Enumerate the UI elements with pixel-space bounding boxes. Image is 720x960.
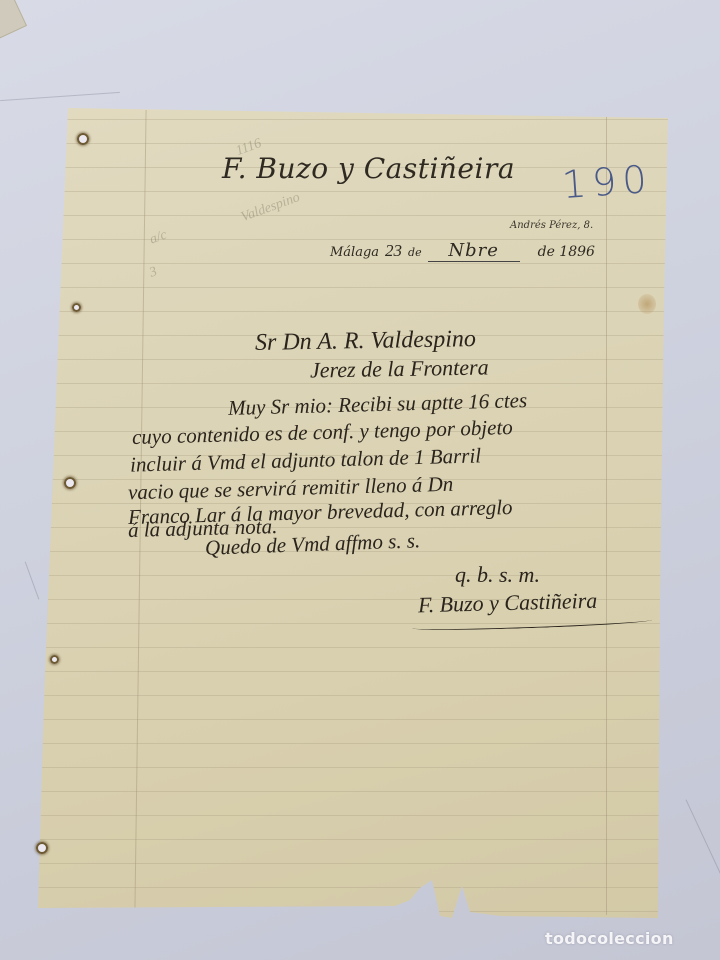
date-place: Málaga xyxy=(330,245,379,260)
addressee-location: Jerez de la Frontera xyxy=(310,354,489,383)
foxing-stain xyxy=(638,294,656,314)
watermark: todocoleccion xyxy=(545,929,674,948)
punch-hole xyxy=(72,303,81,312)
punch-hole xyxy=(64,477,76,489)
letterhead-firm-name: F. Buzo y Castiñeira xyxy=(222,152,515,185)
date-day: 23 xyxy=(385,241,402,261)
closing-abbreviation: q. b. s. m. xyxy=(455,562,540,588)
date-line: Málaga 23 de Nbre de 1896 xyxy=(330,240,595,262)
archive-number: 190 xyxy=(561,157,654,207)
surface-scratch xyxy=(25,562,40,600)
paper-scrap-corner xyxy=(0,0,27,38)
letterhead-address: Andrés Pérez, 8. xyxy=(510,220,593,231)
surface-scratch xyxy=(0,92,120,101)
date-de: de xyxy=(408,246,422,259)
pencil-annotation: a/c xyxy=(148,228,170,249)
punch-hole xyxy=(50,655,59,664)
addressee-name: Sr Dn A. R. Valdespino xyxy=(255,326,476,357)
punch-hole xyxy=(36,842,48,854)
signature: F. Buzo y Castiñeira xyxy=(418,588,598,619)
pencil-annotation: Valdespino xyxy=(239,190,302,226)
punch-hole xyxy=(77,133,89,145)
date-year: de 1896 xyxy=(538,244,595,260)
surface-scratch xyxy=(686,800,720,882)
date-month: Nbre xyxy=(428,240,520,262)
pencil-annotation: 3 xyxy=(147,264,159,281)
margin-line-right xyxy=(606,115,607,915)
